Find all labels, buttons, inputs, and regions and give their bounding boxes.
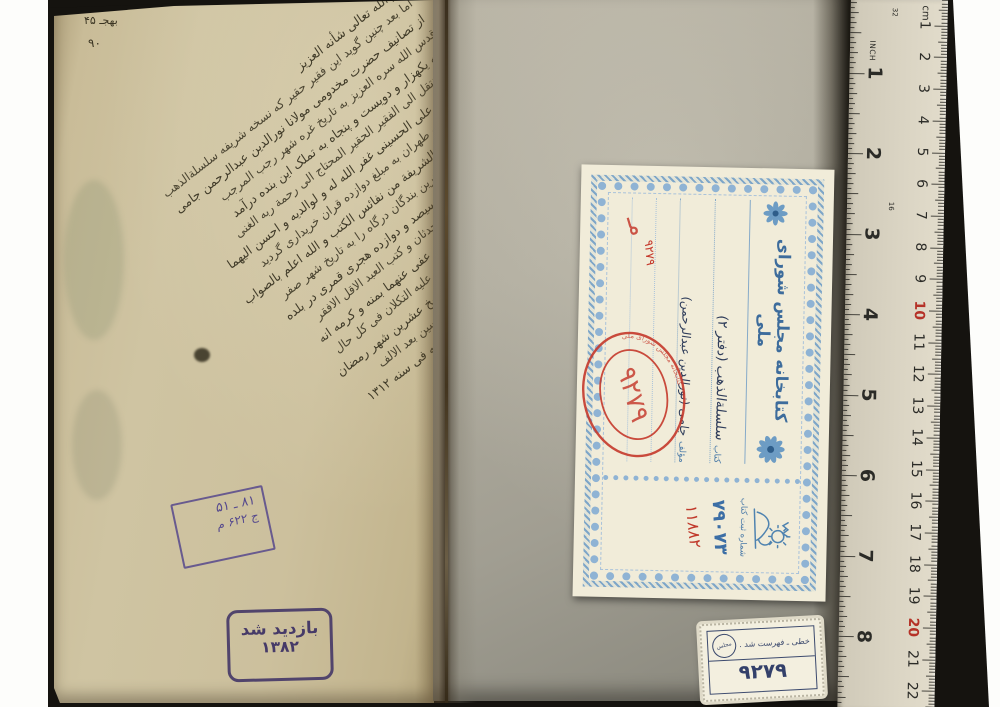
left-manuscript-page: هو الله تعالی شأنه العزیزاما بعد چنین گو… xyxy=(54,0,434,703)
ruler-cm-label: cm xyxy=(920,5,931,20)
catalog-sticker: خطی ـ فهرست شد . مجلس ۹۲۷۹ xyxy=(699,618,825,702)
bookplate-heading-row: کتابخانه مجلس شورای ملی xyxy=(744,200,802,465)
registration-caption: شماره ثبت کتاب xyxy=(737,498,748,557)
registration-number-blue: ۷۹۰۷۳ xyxy=(708,499,732,555)
field-book: کتاب سلسلةالذهب (دفتر ۲) xyxy=(709,199,750,464)
ruler-frac16-label: 16 xyxy=(887,202,895,211)
ruler-frac32-label: 32 xyxy=(891,8,899,17)
rosette-icon xyxy=(763,200,790,227)
measuring-ruler: 12345678910111213141516171819202122 1234… xyxy=(837,0,948,707)
photo-stage: هو الله تعالی شأنه العزیزاما بعد چنین گو… xyxy=(0,0,1000,707)
lion-and-sun-emblem xyxy=(748,503,795,552)
library-name: کتابخانه مجلس شورای ملی xyxy=(753,230,795,431)
page-corner-gap xyxy=(48,0,183,8)
registration-strip: شماره ثبت کتاب ۷۹۰۷۳ ۱۱۸۸۲ xyxy=(601,475,800,573)
ruler-inch-scale: 12345678 xyxy=(934,0,948,707)
corner-note-45: بهجـ ۴۵ xyxy=(84,14,118,27)
registration-number-red: ۱۱۸۸۲ xyxy=(682,505,706,548)
oval-stamp-number: ۹۲۷۹ xyxy=(611,364,655,426)
ruler-inch-label: INCH xyxy=(868,40,877,61)
inspection-stamp-text: بازدید شد xyxy=(229,618,329,640)
ruler-cm-scale: 12345678910111213141516171819202122 xyxy=(934,0,948,707)
rosette-icon xyxy=(756,434,787,465)
library-seal-icon: مجلس xyxy=(709,631,738,660)
library-bookplate: شماره ثبت کتاب ۷۹۰۷۳ ۱۱۸۸۲ کتابخانه مجلس… xyxy=(573,164,835,601)
inspection-stamp: بازدید شد ۱۳۸۲ xyxy=(226,608,334,683)
scan-bed-right-strip xyxy=(950,0,1000,707)
catalog-sticker-box: خطی ـ فهرست شد . مجلس ۹۲۷۹ xyxy=(706,625,817,695)
inspection-stamp-year: ۱۳۸۲ xyxy=(230,637,330,658)
corner-note-90: ۹۰ xyxy=(88,36,101,50)
field-book-label: کتاب xyxy=(711,445,721,463)
scan-bed-left-strip xyxy=(0,0,48,707)
ruler-face: 12345678910111213141516171819202122 1234… xyxy=(837,0,948,707)
catalog-sticker-number: ۹۲۷۹ xyxy=(710,656,816,694)
field-book-value: سلسلةالذهب (دفتر ۲) xyxy=(712,314,731,442)
red-catalog-note: ۹۲۷۹ xyxy=(642,239,658,266)
catalog-sticker-text: خطی ـ فهرست شد . xyxy=(739,636,810,649)
